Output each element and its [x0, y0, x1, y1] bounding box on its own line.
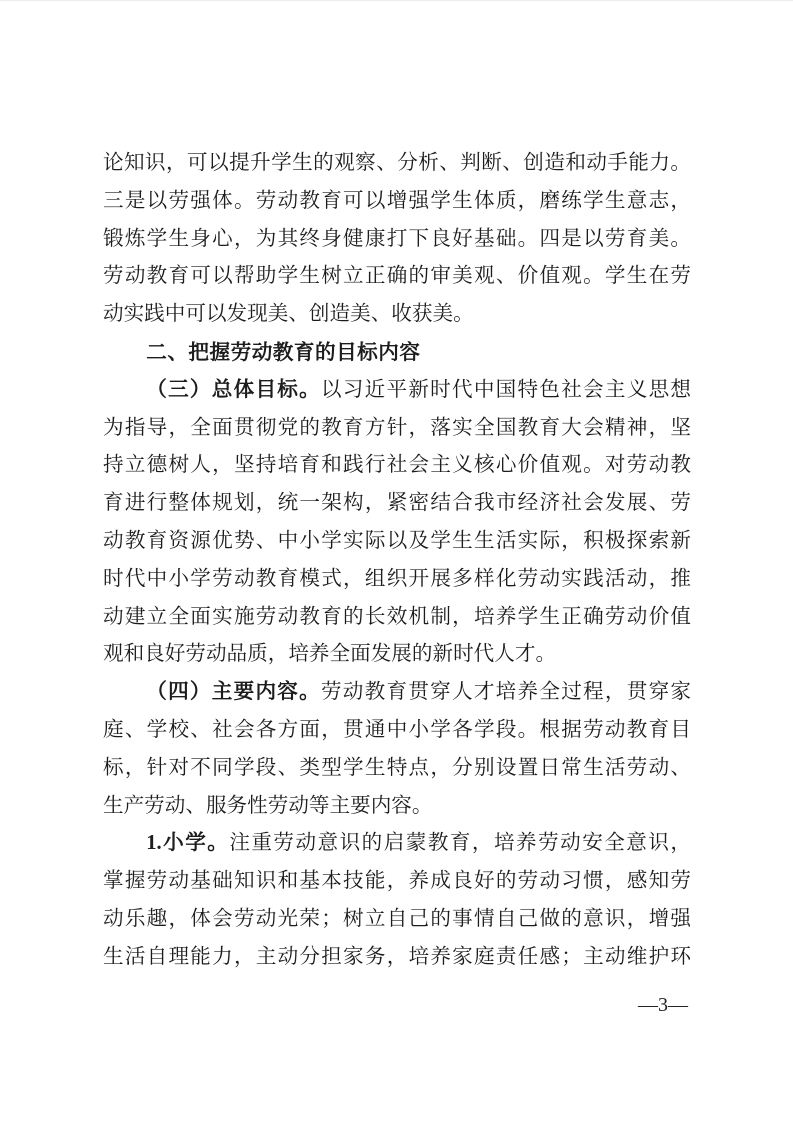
- text-block: 论知识，可以提升学生的观察、分析、判断、创造和动手能力。 三是以劳强体。劳动教育…: [103, 145, 691, 977]
- text-line: 庭、学校、社会各方面，贯通中小学各学段。根据劳动教育目: [103, 712, 691, 750]
- text-line: 生产劳动、服务性劳动等主要内容。: [103, 788, 691, 826]
- line-text-segment: 劳动教育可以帮助学生树立正确的审美观、价值观。学生在劳: [103, 265, 691, 287]
- line-bold-segment: （四）主要内容。: [146, 681, 321, 703]
- line-text-segment: 持立德树人，坚持培育和践行社会主义核心价值观。对劳动教: [103, 454, 691, 476]
- text-line: 育进行整体规划，统一架构，紧密结合我市经济社会发展、劳: [103, 485, 691, 523]
- line-bold-segment: 1.小学。: [146, 832, 229, 854]
- text-line: 生活自理能力，主动分担家务，培养家庭责任感；主动维护环: [103, 939, 691, 977]
- text-line: 观和良好劳动品质，培养全面发展的新时代人才。: [103, 636, 691, 674]
- document-page: 论知识，可以提升学生的观察、分析、判断、创造和动手能力。 三是以劳强体。劳动教育…: [0, 0, 793, 1122]
- text-line: 为指导，全面贯彻党的教育方针，落实全国教育大会精神，坚: [103, 410, 691, 448]
- line-text-segment: 论知识，可以提升学生的观察、分析、判断、创造和动手能力。: [103, 152, 691, 174]
- page-number: —3—: [638, 993, 688, 1017]
- line-text-segment: 时代中小学劳动教育模式，组织开展多样化劳动实践活动，推: [103, 568, 691, 590]
- text-line: 时代中小学劳动教育模式，组织开展多样化劳动实践活动，推: [103, 561, 691, 599]
- text-line: 动建立全面实施劳动教育的长效机制，培养学生正确劳动价值: [103, 599, 691, 637]
- text-line: 持立德树人，坚持培育和践行社会主义核心价值观。对劳动教: [103, 447, 691, 485]
- text-line: 1.小学。注重劳动意识的启蒙教育，培养劳动安全意识，: [103, 825, 691, 863]
- text-line: 标，针对不同学段、类型学生特点，分别设置日常生活劳动、: [103, 750, 691, 788]
- line-text-segment: 动教育资源优势、中小学实际以及学生生活实际，积极探索新: [103, 530, 691, 552]
- line-text-segment: 三是以劳强体。劳动教育可以增强学生体质，磨练学生意志，: [103, 190, 691, 212]
- text-line: 锻炼学生身心，为其终身健康打下良好基础。四是以劳育美。: [103, 221, 691, 259]
- line-text-segment: 生产劳动、服务性劳动等主要内容。: [103, 795, 433, 817]
- text-line: 动教育资源优势、中小学实际以及学生生活实际，积极探索新: [103, 523, 691, 561]
- line-text-segment: 观和良好劳动品质，培养全面发展的新时代人才。: [103, 643, 556, 665]
- line-text-segment: 劳动教育贯穿人才培养全过程，贯穿家: [321, 681, 691, 703]
- text-line: 三是以劳强体。劳动教育可以增强学生体质，磨练学生意志，: [103, 183, 691, 221]
- line-text-segment: 掌握劳动基础知识和基本技能，养成良好的劳动习惯，感知劳: [103, 870, 691, 892]
- line-text-segment: 动乐趣，体会劳动光荣；树立自己的事情自己做的意识，增强: [103, 908, 691, 930]
- line-bold-segment: （三）总体目标。: [146, 379, 321, 401]
- line-text-segment: 锻炼学生身心，为其终身健康打下良好基础。四是以劳育美。: [103, 228, 691, 250]
- text-line: 劳动教育可以帮助学生树立正确的审美观、价值观。学生在劳: [103, 258, 691, 296]
- line-text-segment: 庭、学校、社会各方面，贯通中小学各学段。根据劳动教育目: [103, 719, 691, 741]
- line-text-segment: 以习近平新时代中国特色社会主义思想: [321, 379, 691, 401]
- line-text-segment: 生活自理能力，主动分担家务，培养家庭责任感；主动维护环: [103, 946, 691, 968]
- line-text-segment: 标，针对不同学段、类型学生特点，分别设置日常生活劳动、: [103, 757, 691, 779]
- text-line: （三）总体目标。以习近平新时代中国特色社会主义思想: [103, 372, 691, 410]
- text-line: 动乐趣，体会劳动光荣；树立自己的事情自己做的意识，增强: [103, 901, 691, 939]
- text-line: 动实践中可以发现美、创造美、收获美。: [103, 296, 691, 334]
- line-text-segment: 动建立全面实施劳动教育的长效机制，培养学生正确劳动价值: [103, 606, 691, 628]
- line-text-segment: 动实践中可以发现美、创造美、收获美。: [103, 303, 474, 325]
- line-text-segment: 注重劳动意识的启蒙教育，培养劳动安全意识，: [229, 832, 691, 854]
- text-line: （四）主要内容。劳动教育贯穿人才培养全过程，贯穿家: [103, 674, 691, 712]
- line-text-segment: 为指导，全面贯彻党的教育方针，落实全国教育大会精神，坚: [103, 417, 691, 439]
- text-line: 掌握劳动基础知识和基本技能，养成良好的劳动习惯，感知劳: [103, 863, 691, 901]
- line-text-segment: 育进行整体规划，统一架构，紧密结合我市经济社会发展、劳: [103, 492, 691, 514]
- text-line: 论知识，可以提升学生的观察、分析、判断、创造和动手能力。: [103, 145, 691, 183]
- text-line: 二、把握劳动教育的目标内容: [103, 334, 691, 372]
- line-bold-segment: 二、把握劳动教育的目标内容: [146, 341, 420, 364]
